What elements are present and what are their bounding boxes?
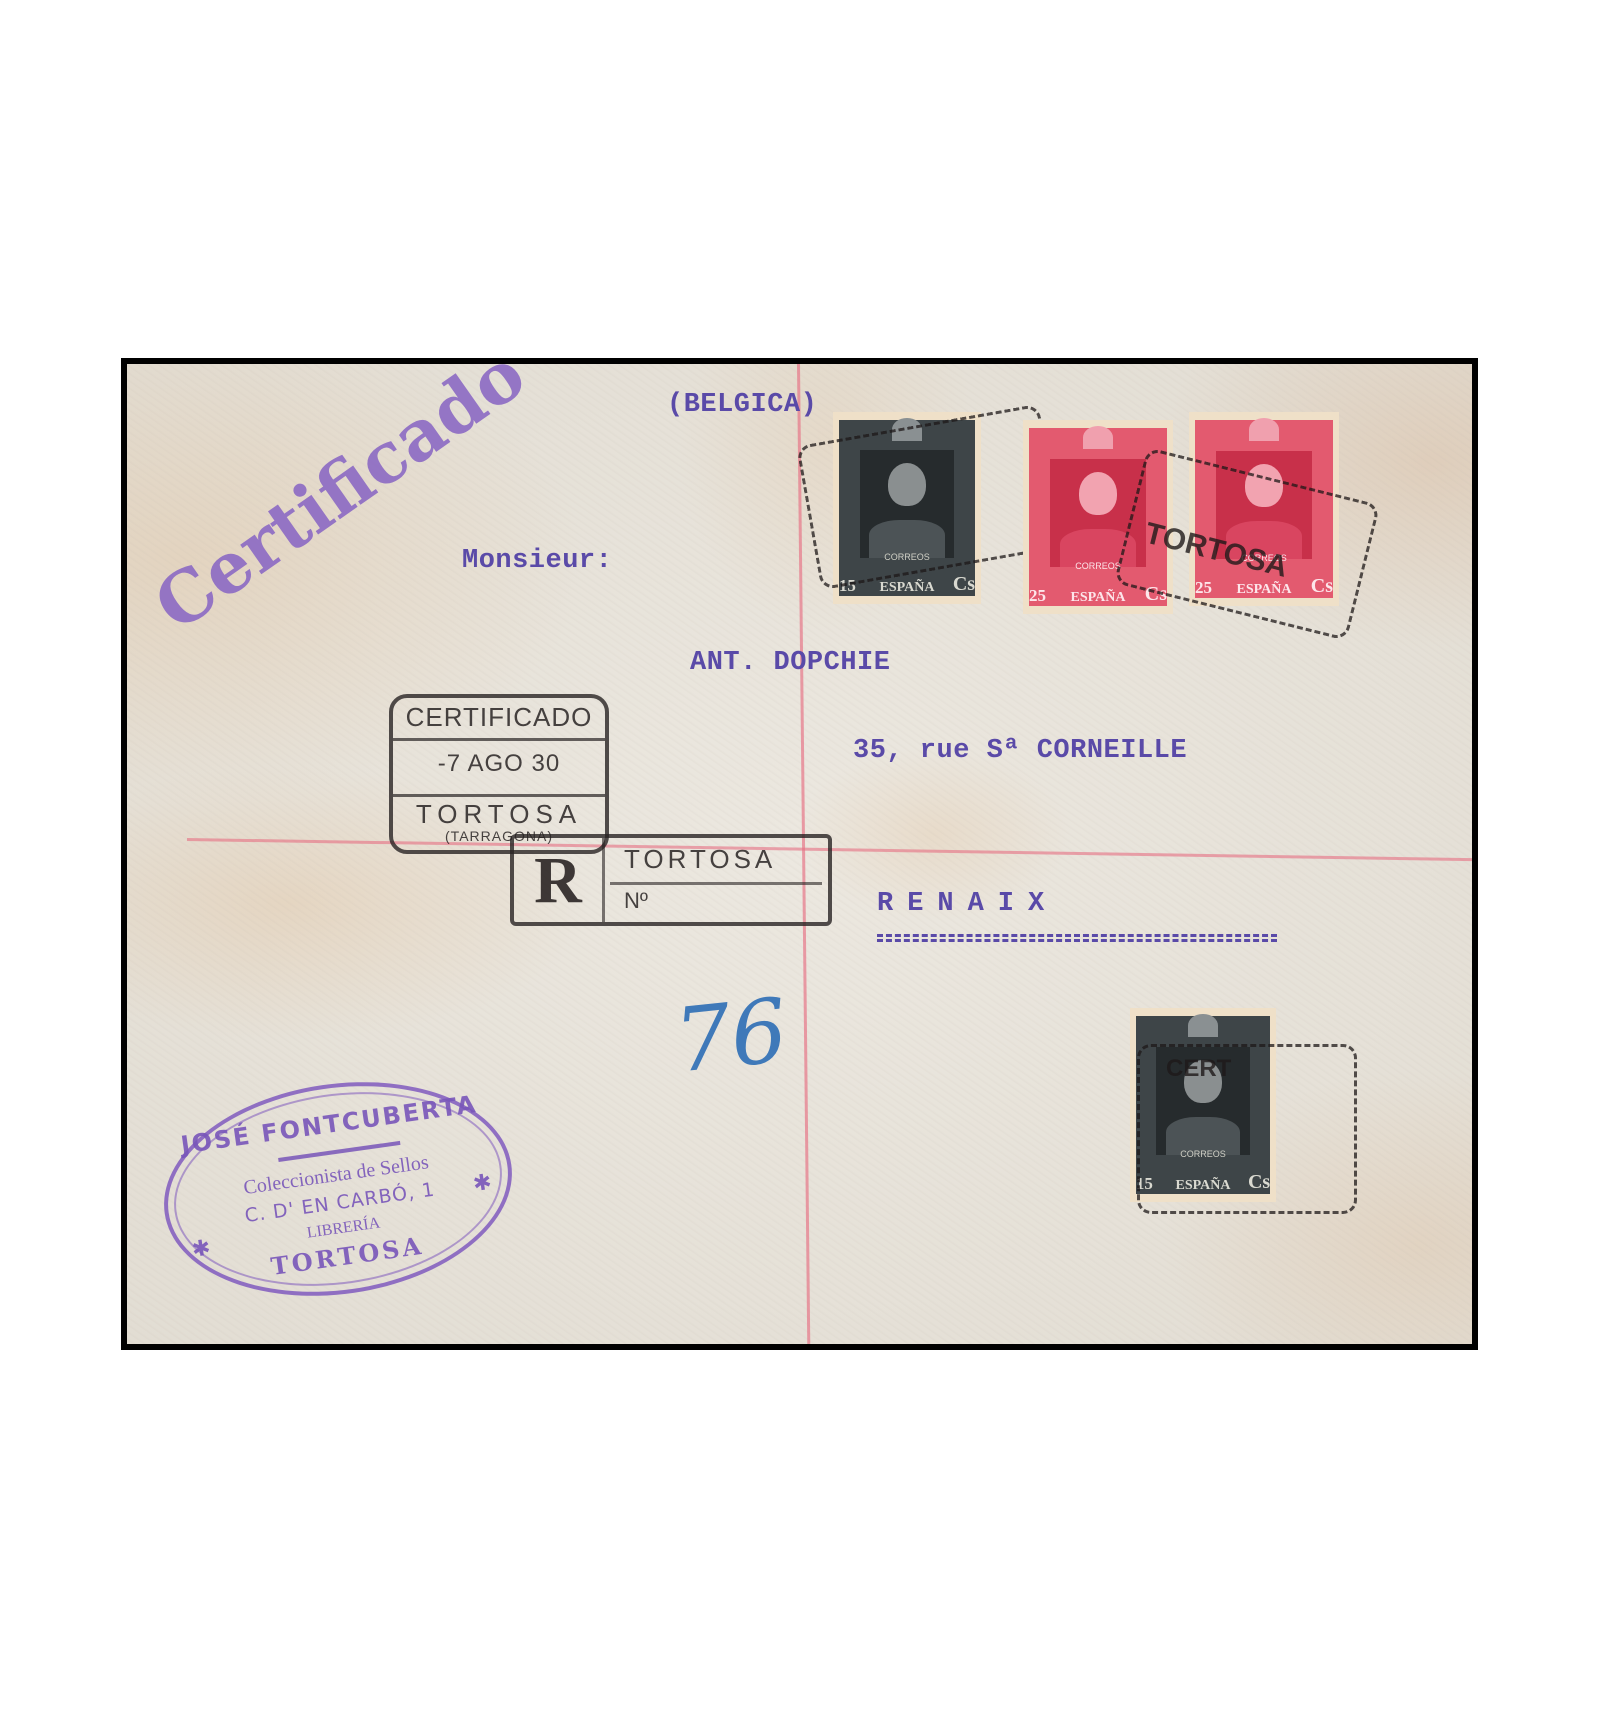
sender-cachet: JOSÉ FONTCUBERTA Coleccionista de Sellos… — [150, 1061, 526, 1318]
registration-r-label: R TORTOSA Nº — [510, 834, 832, 926]
manuscript-number: 76 — [670, 978, 792, 1092]
address-salutation: Monsieur: — [462, 546, 612, 576]
certificado-handstamp: Certificado — [139, 364, 539, 647]
envelope: Certificado (BELGICA) CORREOS 15 ESPAÑA … — [127, 364, 1472, 1344]
star-icon: ✱ — [190, 1234, 212, 1262]
crown-icon — [1249, 418, 1279, 441]
address-city: RENAIX — [877, 889, 1058, 919]
crown-icon — [1188, 1014, 1217, 1037]
address-name: ANT. DOPCHIE — [690, 648, 890, 678]
address-street: 35, rue Sª CORNEILLE — [853, 736, 1187, 766]
stamp-cancel-bottom: CERT — [1137, 1044, 1357, 1214]
crown-icon — [1083, 426, 1113, 449]
registration-postmark: CERTIFICADO -7 AGO 30 TORTOSA (TARRAGONA… — [389, 694, 609, 854]
cover-frame: Certificado (BELGICA) CORREOS 15 ESPAÑA … — [121, 358, 1478, 1350]
star-icon: ✱ — [471, 1169, 493, 1197]
city-underline — [877, 934, 1277, 942]
address-country: (BELGICA) — [667, 390, 817, 420]
